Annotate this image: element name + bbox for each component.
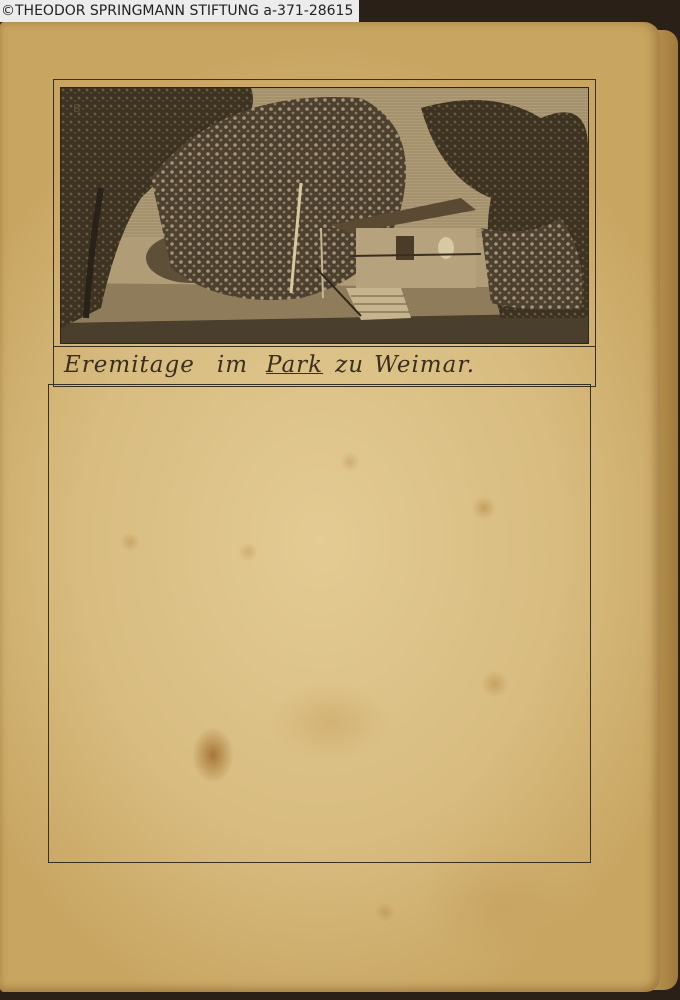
blank-text-panel [48, 384, 591, 863]
copyright-watermark: ©THEODOR SPRINGMANN STIFTUNG a-371-28615 [0, 0, 359, 22]
svg-text:S: S [73, 102, 81, 115]
engraving-caption: EremitageimParkzuWeimar. [64, 346, 584, 384]
caption-word: zu [335, 352, 364, 378]
caption-word: Park [266, 352, 323, 378]
caption-word: Eremitage [64, 352, 195, 378]
caption-word: im [217, 352, 248, 378]
engraving-illustration: S [60, 87, 589, 344]
caption-word: Weimar. [374, 352, 475, 378]
park-scene-icon: S [61, 88, 588, 343]
